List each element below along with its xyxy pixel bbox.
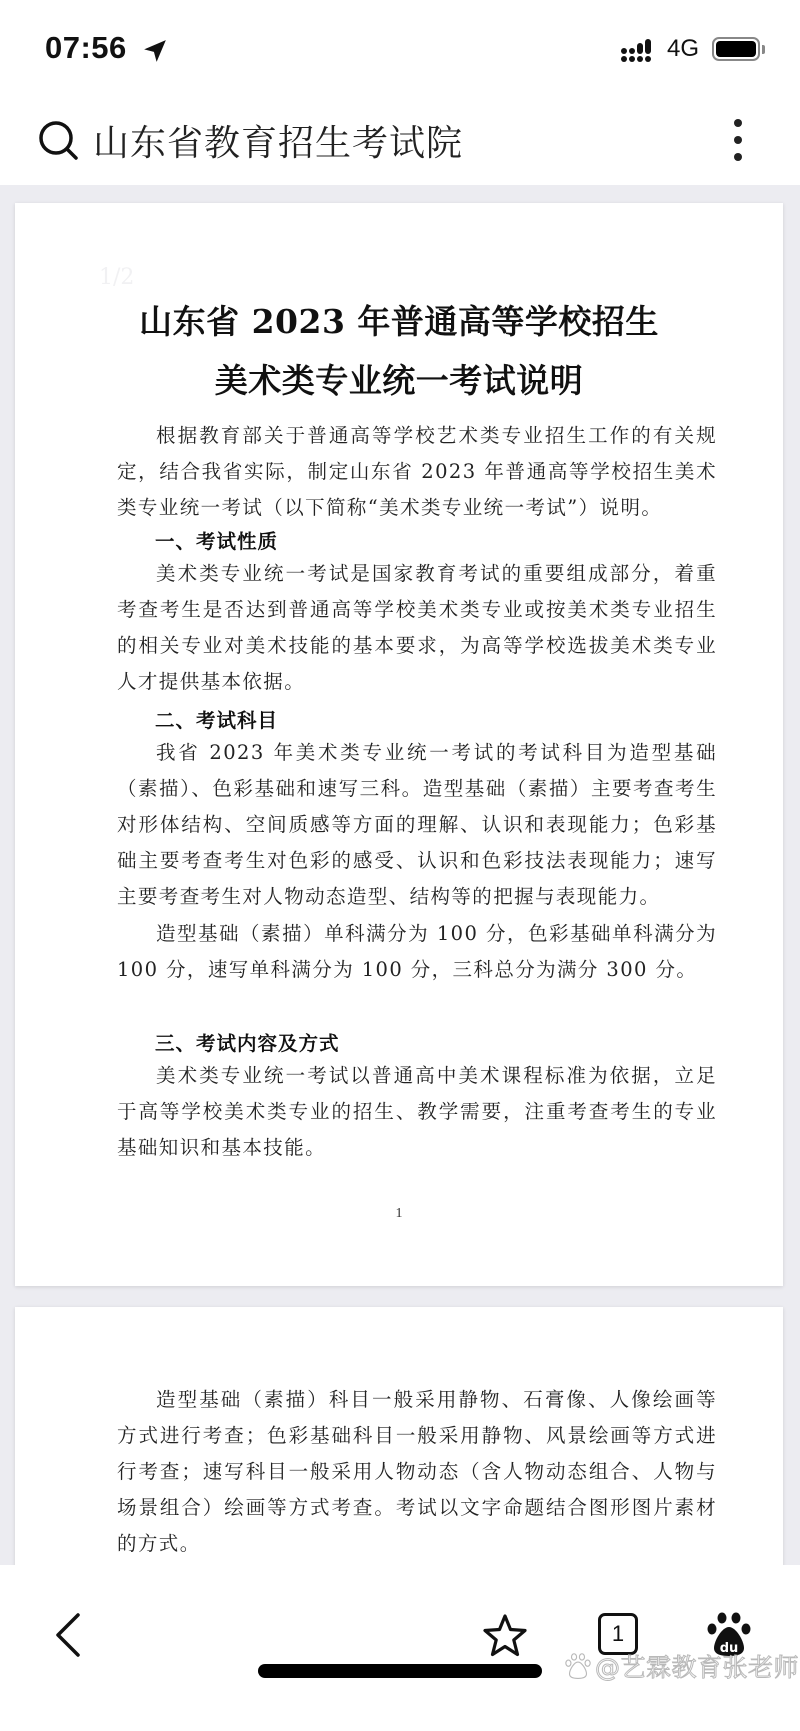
page-number: 1: [15, 1206, 783, 1222]
search-query[interactable]: 山东省教育招生考试院: [93, 115, 463, 166]
watermark: @艺霖教育张老师: [565, 1648, 799, 1684]
bottom-toolbar: 1 du @艺霖教育张老师: [0, 1565, 800, 1731]
more-vertical-icon[interactable]: [730, 119, 746, 165]
section-heading-2: 二、考试科目: [155, 705, 278, 733]
section-heading-3: 三、考试内容及方式: [155, 1028, 340, 1056]
page-2-paragraph: 造型基础（素描）科目一般采用静物、石膏像、人像绘画等方式进行考查；色彩基础科目一…: [117, 1382, 717, 1562]
document-title-line1: 山东省 2023 年普通高等学校招生: [15, 296, 783, 343]
section-1-paragraph: 美术类专业统一考试是国家教育考试的重要组成部分，着重考查考生是否达到普通高等学校…: [117, 556, 717, 700]
back-icon[interactable]: [52, 1611, 86, 1659]
document-title-line2: 美术类专业统一考试说明: [15, 355, 783, 402]
star-icon[interactable]: [482, 1613, 528, 1659]
section-heading-1: 一、考试性质: [155, 526, 278, 554]
status-bar: 07:56 4G: [0, 0, 800, 95]
section-2-paragraph-2: 造型基础（素描）单科满分为 100 分，色彩基础单科满分为 100 分，速写单科…: [117, 916, 717, 988]
watermark-paw-icon: [565, 1653, 591, 1679]
battery-tip: [762, 45, 765, 54]
location-arrow-icon: [142, 38, 168, 64]
watermark-text: @艺霖教育张老师: [595, 1653, 799, 1682]
section-2-paragraph-1: 我省 2023 年美术类专业统一考试的考试科目为造型基础（素描）、色彩基础和速写…: [117, 735, 717, 915]
battery-icon: [712, 37, 760, 61]
document-page-2: 造型基础（素描）科目一般采用静物、石膏像、人像绘画等方式进行考查；色彩基础科目一…: [15, 1307, 783, 1565]
search-icon[interactable]: [37, 119, 79, 161]
network-type: 4G: [667, 35, 699, 63]
intro-paragraph: 根据教育部关于普通高等学校艺术类专业招生工作的有关规定，结合我省实际，制定山东省…: [117, 418, 717, 526]
document-viewer[interactable]: 1/2 山东省 2023 年普通高等学校招生 美术类专业统一考试说明 根据教育部…: [0, 185, 800, 1565]
section-3-paragraph: 美术类专业统一考试以普通高中美术课程标准为依据，立足于高等学校美术类专业的招生、…: [117, 1058, 717, 1166]
page-counter: 1/2: [99, 265, 134, 290]
document-page-1: 1/2 山东省 2023 年普通高等学校招生 美术类专业统一考试说明 根据教育部…: [15, 203, 783, 1286]
search-header[interactable]: 山东省教育招生考试院: [0, 95, 800, 185]
signal-icon: [620, 38, 656, 64]
home-indicator: [258, 1664, 542, 1678]
status-time: 07:56: [45, 30, 127, 66]
